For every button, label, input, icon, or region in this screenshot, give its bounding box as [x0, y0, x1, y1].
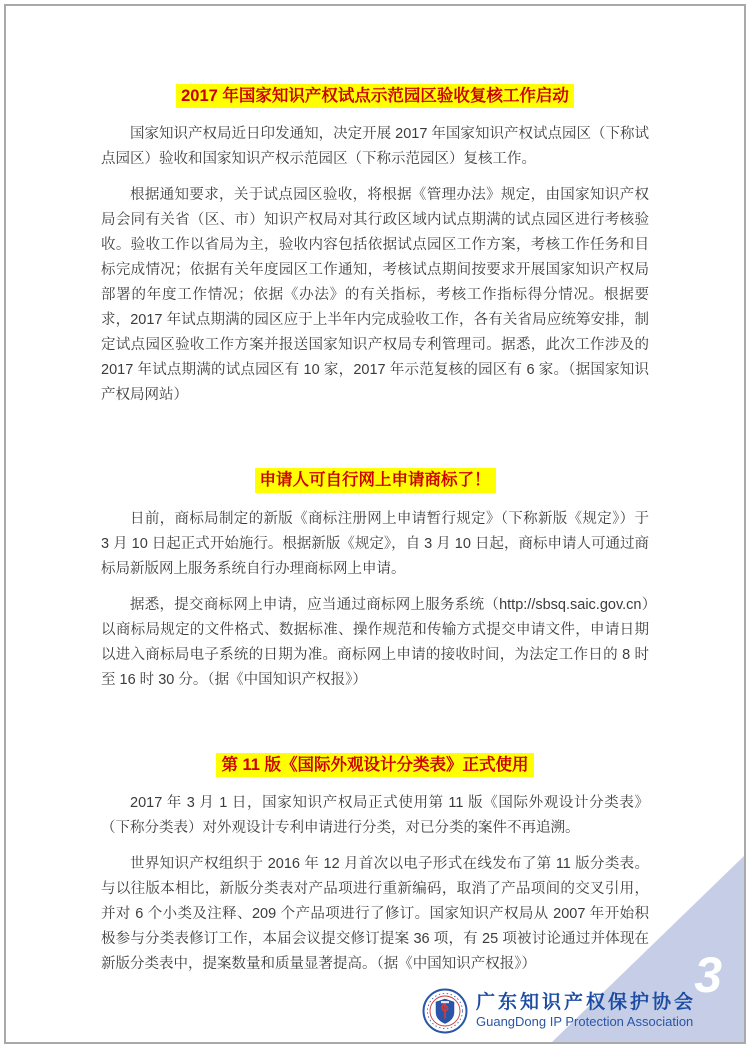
brand-text: 广东知识产权保护协会 GuangDong IP Protection Assoc… — [476, 992, 696, 1030]
article-2-paragraph-1: 日前，商标局制定的新版《商标注册网上申请暂行规定》（下称新版《规定》）于 3 月… — [101, 507, 649, 582]
footer-brand: 广东知识产权保护协会 GuangDong IP Protection Assoc… — [422, 988, 696, 1034]
article-3-title: 第 11 版《国际外观设计分类表》正式使用 — [101, 753, 649, 777]
article-2-paragraph-2: 据悉，提交商标网上申请，应当通过商标网上服务系统（http://sbsq.sai… — [101, 593, 649, 693]
page-content: 2017 年国家知识产权试点示范园区验收复核工作启动 国家知识产权局近日印发通知… — [6, 6, 744, 977]
org-name-zh: 广东知识产权保护协会 — [476, 992, 696, 1014]
article-3-title-text: 第 11 版《国际外观设计分类表》正式使用 — [216, 753, 533, 777]
article-1-title-text: 2017 年国家知识产权试点示范园区验收复核工作启动 — [176, 84, 574, 108]
article-1: 2017 年国家知识产权试点示范园区验收复核工作启动 国家知识产权局近日印发通知… — [101, 84, 649, 408]
article-3-paragraph-1: 2017 年 3 月 1 日，国家知识产权局正式使用第 11 版《国际外观设计分… — [101, 791, 649, 841]
article-2: 申请人可自行网上申请商标了！ 日前，商标局制定的新版《商标注册网上申请暂行规定》… — [101, 468, 649, 692]
org-name-en: GuangDong IP Protection Association — [476, 1014, 696, 1030]
article-1-title: 2017 年国家知识产权试点示范园区验收复核工作启动 — [101, 84, 649, 108]
article-2-title-text: 申请人可自行网上申请商标了！ — [255, 468, 496, 492]
article-1-paragraph-1: 国家知识产权局近日印发通知，决定开展 2017 年国家知识产权试点园区（下称试点… — [101, 122, 649, 172]
association-emblem-icon — [422, 988, 468, 1034]
article-3-paragraph-2: 世界知识产权组织于 2016 年 12 月首次以电子形式在线发布了第 11 版分… — [101, 852, 649, 977]
article-2-title: 申请人可自行网上申请商标了！ — [101, 468, 649, 492]
article-1-paragraph-2: 根据通知要求，关于试点园区验收，将根据《管理办法》规定，由国家知识产权局会同有关… — [101, 183, 649, 408]
article-3: 第 11 版《国际外观设计分类表》正式使用 2017 年 3 月 1 日，国家知… — [101, 753, 649, 977]
page-number: 3 — [694, 950, 722, 1000]
document-page: 2017 年国家知识产权试点示范园区验收复核工作启动 国家知识产权局近日印发通知… — [4, 4, 746, 1044]
